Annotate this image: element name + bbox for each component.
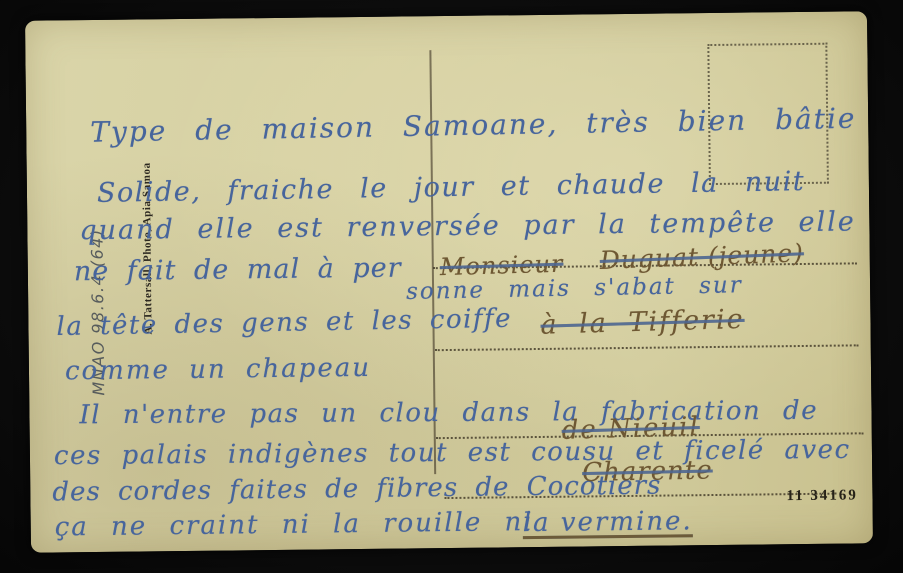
message-line: Il n'entre pas un clou dans la fabricati… — [79, 398, 818, 429]
postcard-scan: MNAO 98.6.4 (64) A. Tattersall, Photo, A… — [0, 0, 903, 573]
message-line: quand elle est renversée par la tempête … — [79, 208, 856, 244]
crossed-out-addressee: Monsieur — [439, 252, 563, 280]
message-line: ça ne craint ni la rouille ni — [55, 509, 534, 540]
message-line: ces palais indigènes tout est cousu et f… — [54, 437, 851, 469]
message-line-underlined: la vermine. — [523, 508, 693, 536]
message-line: ne fait de mal à per — [74, 255, 402, 286]
message-line: Solide, fraiche le jour et chaude la nui… — [97, 168, 806, 207]
postcard-back: MNAO 98.6.4 (64) A. Tattersall, Photo, A… — [25, 11, 873, 553]
crossed-out-address-line: à la Tifferie — [540, 306, 745, 339]
message-line: des cordes faites de fibres de Cocotiers — [52, 473, 661, 506]
crossed-out-address-line: de Nieuil — [561, 414, 700, 444]
crossed-out-addressee: Duguat (jeune) — [599, 240, 804, 273]
message-line: la tête des gens et les coiffe — [56, 306, 512, 340]
serial-number: 11 34169 — [786, 487, 858, 505]
message-line: comme un chapeau — [65, 355, 371, 384]
address-rule — [435, 344, 859, 351]
crossed-out-address-line: Charente — [582, 457, 713, 486]
